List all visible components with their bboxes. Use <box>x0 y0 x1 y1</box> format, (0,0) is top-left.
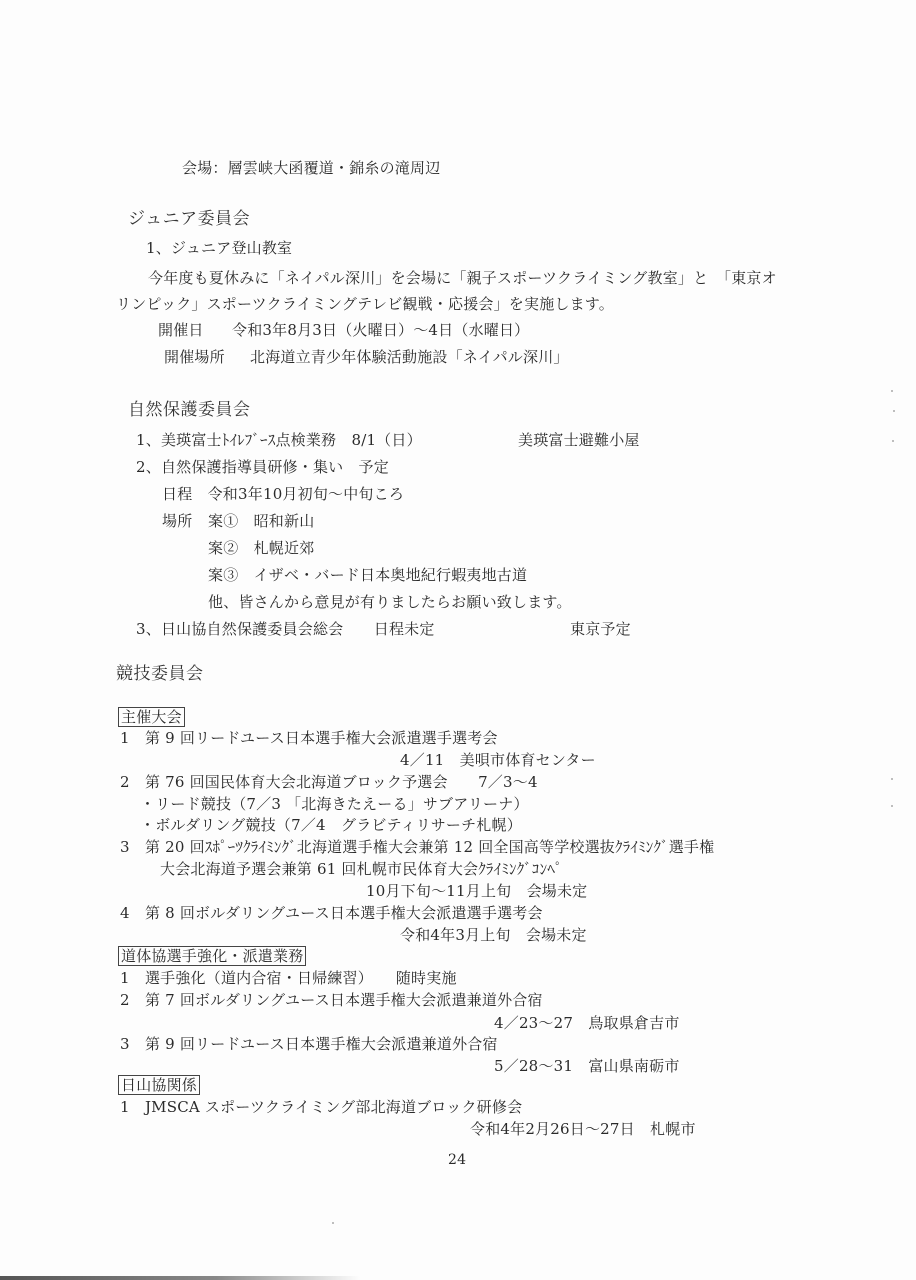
page-number: 24 <box>448 1150 466 1170</box>
nature-note: 他、皆さんから意見が有りましたらお願い致します。 <box>208 592 572 612</box>
nature-item3-place: 東京予定 <box>570 619 631 639</box>
scan-edge-shadow <box>0 1276 360 1280</box>
junior-paragraph-line2: リンピック」スポーツクライミングテレビ観戦・応援会」を実施します。 <box>116 294 614 314</box>
scan-speck <box>332 1222 334 1224</box>
scan-speck <box>891 805 893 807</box>
hosted-item1-detail: 4／11 美唄市体育センター <box>400 750 596 770</box>
hosted-item3-detail: 10月下旬～11月上旬 会場未定 <box>366 881 587 901</box>
nature-committee-heading: 自然保護委員会 <box>128 400 251 420</box>
nature-place-label: 場所 <box>162 511 192 531</box>
junior-item1-title: 1、ジュニア登山教室 <box>146 238 292 258</box>
hosted-item3-line2: 大会北海道予選会兼第 61 回札幌市民体育大会ｸﾗｲﾐﾝｸﾞｺﾝﾍﾟ <box>160 859 563 879</box>
nature-option-3: 案③ イザベ・バード日本奥地紀行蝦夷地古道 <box>208 565 527 585</box>
junior-date-value: 令和3年8月3日（火曜日）～4日（水曜日） <box>232 320 529 340</box>
hosted-item4-detail: 令和4年3月上旬 会場未定 <box>400 925 587 945</box>
scan-speck <box>891 778 893 780</box>
hosted-item4: 4 第 8 回ボルダリングユース日本選手権大会派遣選手選考会 <box>120 903 543 923</box>
nature-item1: 1、美瑛富士ﾄｲﾚﾌﾞｰｽ点検業務 8/1（日） <box>136 430 422 450</box>
training-label: 道体協選手強化・派遣業務 <box>118 946 306 966</box>
jma-item1: 1 JMSCA スポーツクライミング部北海道ブロック研修会 <box>120 1097 522 1117</box>
junior-place-label: 開催場所 <box>164 347 225 367</box>
jma-label: 日山協関係 <box>118 1075 200 1095</box>
scan-speck <box>893 410 895 412</box>
nature-item3: 3、日山協自然保護委員会総会 日程未定 <box>136 619 435 639</box>
training-item2-detail: 4／23～27 鳥取県倉吉市 <box>494 1013 680 1033</box>
junior-place-value: 北海道立青少年体験活動施設「ネイパル深川」 <box>250 347 569 367</box>
nature-schedule: 日程 令和3年10月初旬～中旬ころ <box>162 484 404 504</box>
hosted-item1: 1 第 9 回リードユース日本選手権大会派遣選手選考会 <box>120 728 498 748</box>
competition-committee-heading: 競技委員会 <box>116 664 204 684</box>
nature-option-2: 案② 札幌近郊 <box>208 538 314 558</box>
venue-line: 会場：層雲峡大函覆道・錦糸の滝周辺 <box>182 158 440 178</box>
hosted-item3: 3 第 20 回ｽﾎﾟｰﾂｸﾗｲﾐﾝｸﾞ北海道選手権大会兼第 12 回全国高等学… <box>120 837 714 857</box>
junior-paragraph-line1: 今年度も夏休みに「ネイパル深川」を会場に「親子スポーツクライミング教室」と 「東… <box>148 268 777 288</box>
scan-speck <box>892 440 894 442</box>
document-page: 会場：層雲峡大函覆道・錦糸の滝周辺 ジュニア委員会 1、ジュニア登山教室 今年度… <box>0 0 916 1280</box>
jma-item1-detail: 令和4年2月26日～27日 札幌市 <box>470 1119 696 1139</box>
training-item2: 2 第 7 回ボルダリングユース日本選手権大会派遣兼道外合宿 <box>120 990 543 1010</box>
training-item3-detail: 5／28～31 富山県南砺市 <box>494 1056 680 1076</box>
nature-item1-place: 美瑛富士避難小屋 <box>518 430 640 450</box>
hosted-events-label: 主催大会 <box>118 707 185 727</box>
hosted-item2-sub1: ・リード競技（7／3 「北海きたえーる」サブアリーナ） <box>140 794 529 814</box>
nature-option-1: 案① 昭和新山 <box>208 511 314 531</box>
hosted-item2: 2 第 76 回国民体育大会北海道ブロック予選会 7／3～4 <box>120 772 538 792</box>
junior-date-label: 開催日 <box>158 320 204 340</box>
nature-item2: 2、自然保護指導員研修・集い 予定 <box>136 457 389 477</box>
scan-speck <box>891 390 893 392</box>
junior-committee-heading: ジュニア委員会 <box>128 209 250 229</box>
training-item3: 3 第 9 回リードユース日本選手権大会派遣兼道外合宿 <box>120 1034 498 1054</box>
hosted-item2-sub2: ・ボルダリング競技（7／4 グラビティリサーチ札幌） <box>140 815 522 835</box>
training-item1: 1 選手強化（道内合宿・日帰練習） 随時実施 <box>120 968 457 988</box>
